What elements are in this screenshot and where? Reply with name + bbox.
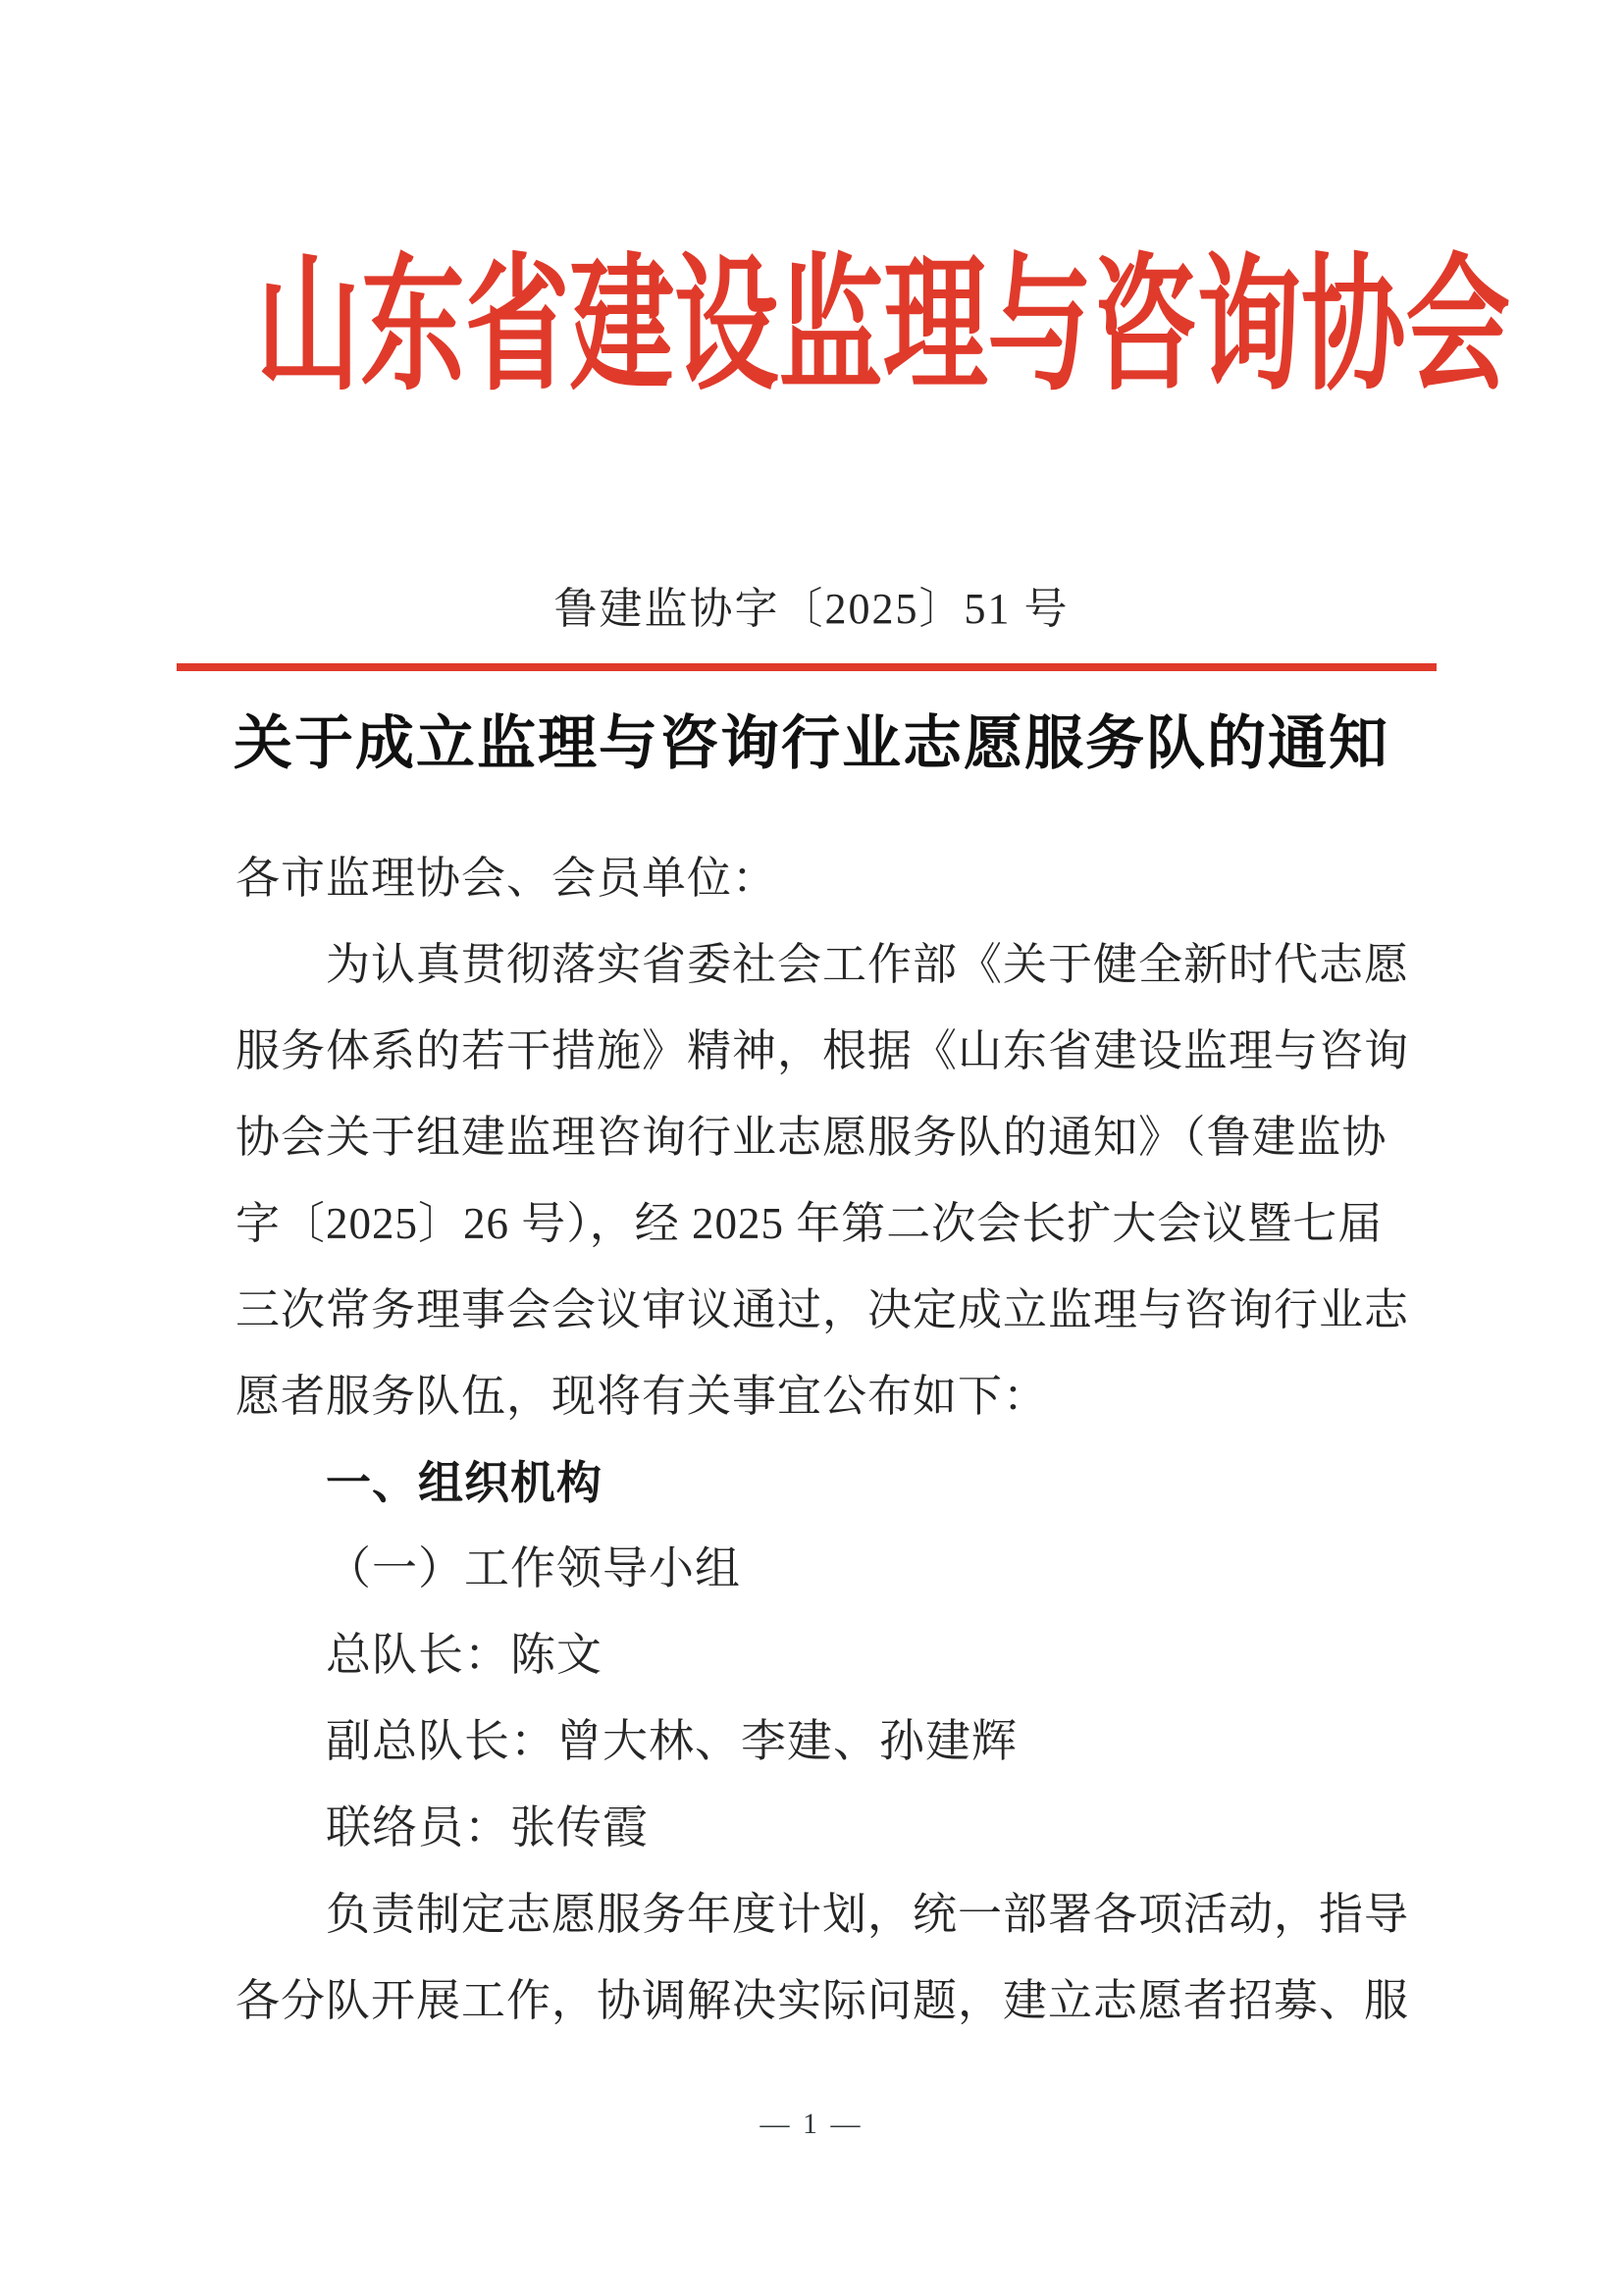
sub-heading: （一）工作领导小组	[236, 1526, 1452, 1612]
paragraph-line: 为认真贯彻落实省委社会工作部《关于健全新时代志愿	[236, 921, 1452, 1008]
paragraph-line: 负责制定志愿服务年度计划，统一部署各项活动，指导	[236, 1871, 1452, 1957]
doc-title: 关于成立监理与咨询行业志愿服务队的通知	[0, 703, 1623, 785]
document-body: 各市监理协会、会员单位： 为认真贯彻落实省委社会工作部《关于健全新时代志愿 服务…	[236, 835, 1452, 2044]
salutation-line: 各市监理协会、会员单位：	[236, 835, 1452, 921]
paragraph-line: 各分队开展工作，协调解决实际问题，建立志愿者招募、服	[236, 1957, 1452, 2044]
deputy-line: 副总队长：曾大林、李建、孙建辉	[236, 1698, 1452, 1785]
org-header-title: 山东省建设监理与咨询协会	[0, 243, 1623, 410]
paragraph-line: 服务体系的若干措施》精神，根据《山东省建设监理与咨询	[236, 1008, 1452, 1094]
org-header-title-text: 山东省建设监理与咨询协会	[256, 243, 1510, 410]
doc-number: 鲁建监协字〔2025〕51 号	[0, 581, 1623, 638]
document-page: 山东省建设监理与咨询协会 鲁建监协字〔2025〕51 号 关于成立监理与咨询行业…	[0, 0, 1623, 2296]
paragraph-line: 字〔2025〕26 号），经 2025 年第二次会长扩大会议暨七届	[236, 1180, 1452, 1267]
paragraph-line: 愿者服务队伍，现将有关事宜公布如下：	[236, 1353, 1452, 1439]
leader-line: 总队长：陈文	[236, 1612, 1452, 1698]
page-number: — 1 —	[0, 2108, 1623, 2141]
section-heading: 一、组织机构	[236, 1439, 1452, 1526]
paragraph-line: 三次常务理事会会议审议通过，决定成立监理与咨询行业志	[236, 1267, 1452, 1353]
red-divider-line	[177, 663, 1437, 671]
paragraph-line: 协会关于组建监理咨询行业志愿服务队的通知》（鲁建监协	[236, 1094, 1452, 1180]
liaison-line: 联络员：张传霞	[236, 1785, 1452, 1871]
